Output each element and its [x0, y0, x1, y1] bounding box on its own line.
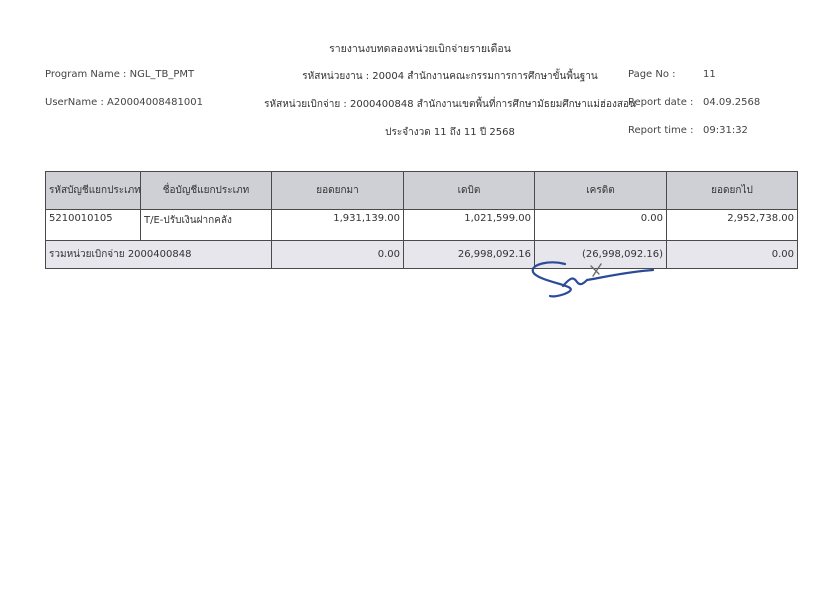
signature-icon — [525, 258, 665, 303]
total-brought-forward: 0.00 — [272, 241, 404, 269]
cell-carried-forward: 2,952,738.00 — [667, 210, 798, 241]
agency-line: รหัสหน่วยงาน : 20004 สำนักงานคณะกรรมการก… — [200, 69, 700, 84]
header-brought-forward: ยอดยกมา — [272, 172, 404, 210]
total-row: รวมหน่วยเบิกจ่าย 2000400848 0.00 26,998,… — [46, 241, 798, 269]
header-account-code: รหัสบัญชีแยกประเภท — [46, 172, 141, 210]
total-label: รวมหน่วยเบิกจ่าย 2000400848 — [46, 241, 272, 269]
cell-brought-forward: 1,931,139.00 — [272, 210, 404, 241]
program-name: Program Name : NGL_TB_PMT — [45, 69, 194, 80]
table-header-row: รหัสบัญชีแยกประเภท ชื่อบัญชีแยกประเภท ยอ… — [46, 172, 798, 210]
username: UserName : A20004008481001 — [45, 97, 203, 108]
report-date-label: Report date : — [628, 97, 693, 108]
header-account-name: ชื่อบัญชีแยกประเภท — [141, 172, 272, 210]
total-carried-forward: 0.00 — [667, 241, 798, 269]
report-title: รายงานงบทดลองหน่วยเบิกจ่ายรายเดือน — [0, 40, 840, 57]
disbursing-unit-line: รหัสหน่วยเบิกจ่าย : 2000400848 สำนักงานเ… — [200, 97, 700, 112]
cell-account-code: 5210010105 — [46, 210, 141, 241]
cell-credit: 0.00 — [535, 210, 667, 241]
header-carried-forward: ยอดยกไป — [667, 172, 798, 210]
report-time-label: Report time : — [628, 125, 693, 136]
header-credit: เครดิต — [535, 172, 667, 210]
cell-account-name: T/E-ปรับเงินฝากคลัง — [141, 210, 272, 241]
total-debit: 26,998,092.16 — [404, 241, 535, 269]
cell-debit: 1,021,599.00 — [404, 210, 535, 241]
page-no-label: Page No : — [628, 69, 676, 80]
page-no-value: 11 — [703, 69, 716, 80]
trial-balance-table: รหัสบัญชีแยกประเภท ชื่อบัญชีแยกประเภท ยอ… — [45, 171, 798, 269]
header-debit: เดบิต — [404, 172, 535, 210]
report-time-value: 09:31:32 — [703, 125, 748, 136]
report-date-value: 04.09.2568 — [703, 97, 760, 108]
period-line: ประจำงวด 11 ถึง 11 ปี 2568 — [200, 125, 700, 140]
table-row: 5210010105 T/E-ปรับเงินฝากคลัง 1,931,139… — [46, 210, 798, 241]
